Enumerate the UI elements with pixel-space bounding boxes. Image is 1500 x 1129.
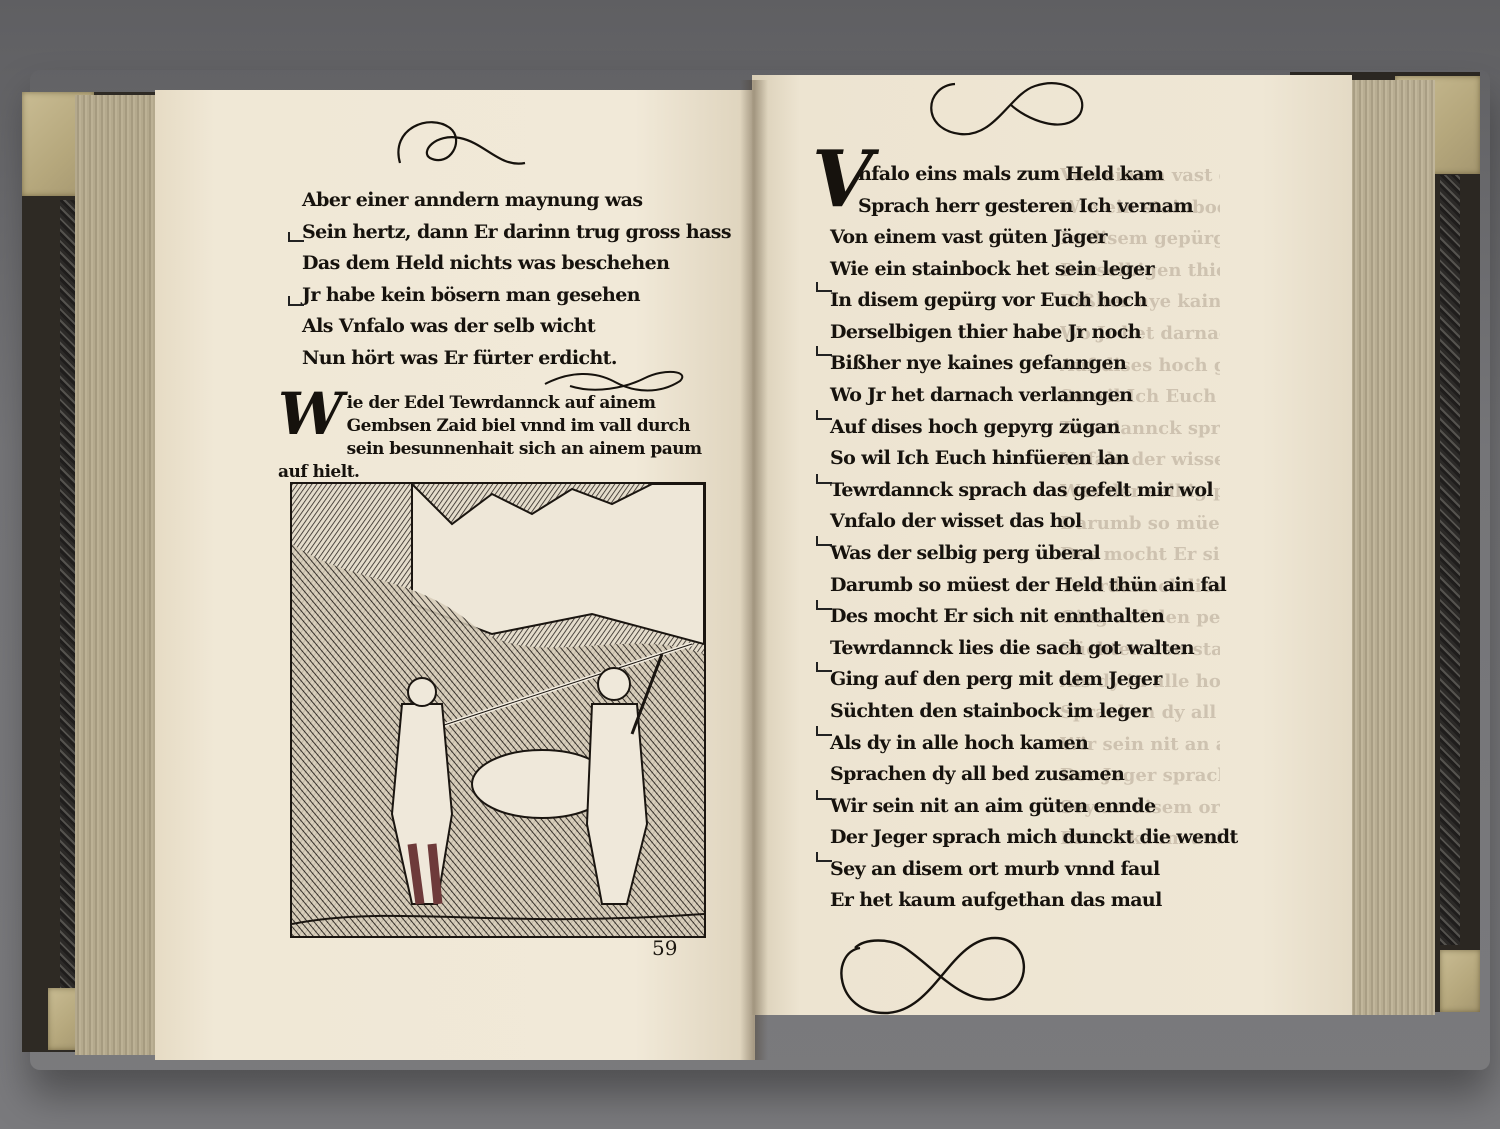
verse-line: Der Jeger sprach mich dunckt die wendt	[830, 822, 1238, 854]
paragraph-mark-icon	[816, 282, 832, 292]
paragraph-mark-icon	[816, 726, 832, 736]
verse-line: Tewrdannck sprach das gefelt mir wol	[830, 475, 1238, 507]
woodcut-illustration	[290, 482, 706, 938]
verse-line: Des mocht Er sich nit ennthalten	[830, 601, 1238, 633]
book-gutter	[740, 80, 768, 1060]
verse-line: Aber einer anndern maynung was	[302, 185, 731, 217]
verse-line: Auf dises hoch gepyrg zügan	[830, 412, 1238, 444]
left-page-verse-block: Aber einer anndern maynung was Sein hert…	[302, 185, 731, 374]
verse-line: So wil Ich Euch hinfüeren lan	[830, 443, 1238, 475]
woodcut-scene-icon	[292, 484, 704, 936]
paragraph-mark-icon	[816, 474, 832, 484]
verse-line: Wie ein stainbock het sein leger	[830, 254, 1238, 286]
verse-line: Sprachen dy all bed zusamen	[830, 759, 1238, 791]
verse-line: Bißher nye kaines gefanngen	[830, 348, 1238, 380]
paragraph-mark-icon	[288, 232, 304, 242]
right-page-verse-block: Von einem vast güten Jäger Wie ein stain…	[830, 222, 1238, 917]
paragraph-mark-icon	[816, 662, 832, 672]
verse-line: Sprach herr gesteren Ich vernam	[858, 190, 1193, 222]
verse-line: Ging auf den perg mit dem Jeger	[830, 664, 1238, 696]
verse-line: Er het kaum aufgethan das maul	[830, 885, 1238, 917]
right-page-block-edges	[1345, 80, 1435, 1015]
paragraph-mark-icon	[816, 536, 832, 546]
paragraph-mark-icon	[816, 346, 832, 356]
verse-line: Jr habe kein bösern man gesehen	[302, 280, 731, 312]
verse-line: Nun hört was Er fürter erdicht.	[302, 343, 731, 375]
verse-line: Wo Jr het darnach verlanngen	[830, 380, 1238, 412]
verse-line: Als Vnfalo was der selb wicht	[302, 311, 731, 343]
verse-line: Darumb so müest der Held thün ain fal	[830, 570, 1238, 602]
paragraph-mark-icon	[816, 852, 832, 862]
paragraph-mark-icon	[816, 410, 832, 420]
verse-line: Tewrdannck lies die sach got walten	[830, 633, 1238, 665]
flourish-left-top-icon	[390, 108, 530, 178]
verse-line: nfalo eins mals zum Held kam	[858, 158, 1193, 190]
paragraph-mark-icon	[288, 296, 304, 306]
verse-line: In disem gepürg vor Euch hoch	[830, 285, 1238, 317]
verse-line: Sein hertz, dann Er darinn trug gross ha…	[302, 217, 731, 249]
chapter-heading: W ie der Edel Tewrdannck auf ainem Gembs…	[278, 392, 708, 484]
right-marbled-endpaper	[1440, 175, 1460, 945]
flourish-right-top-icon	[915, 74, 1095, 142]
verse-line: Derselbigen thier habe Jr noch	[830, 317, 1238, 349]
verse-line: Wir sein nit an aim güten ennde	[830, 791, 1238, 823]
verse-line: Das dem Held nichts was beschehen	[302, 248, 731, 280]
flourish-right-bottom-icon	[825, 918, 1035, 1028]
verse-line: Süchten den stainbock im leger	[830, 696, 1238, 728]
decorated-initial: W	[278, 388, 343, 440]
paragraph-mark-icon	[816, 600, 832, 610]
verse-line: Als dy in alle hoch kamen	[830, 728, 1238, 760]
verse-line: Was der selbig perg überal	[830, 538, 1238, 570]
verse-line: Vnfalo der wisset das hol	[830, 506, 1238, 538]
right-page-opening-lines: nfalo eins mals zum Held kam Sprach herr…	[858, 158, 1193, 222]
page-number: 59	[652, 936, 677, 960]
verse-line: Von einem vast güten Jäger	[830, 222, 1238, 254]
paragraph-mark-icon	[816, 790, 832, 800]
corner-vellum-bottom-right	[1440, 950, 1480, 1012]
verse-line: Sey an disem ort murb vnnd faul	[830, 854, 1238, 886]
